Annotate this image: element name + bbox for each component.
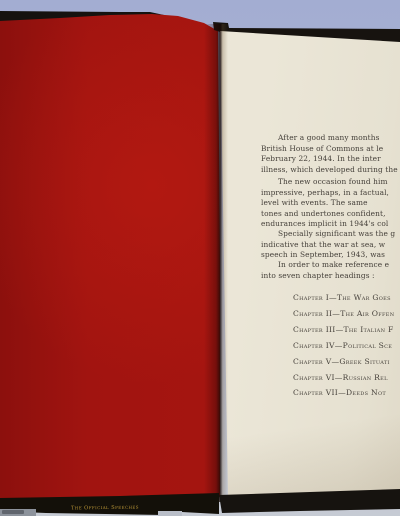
gold-spine-title: The Official Speeches [71,504,139,513]
text-line: into seven chapter headings : [261,271,400,282]
text-line: illness, which developed during the [261,165,400,176]
chapter-heading: Chapter VII—Deeds Not [293,385,400,401]
page-text: After a good many months British House o… [261,0,400,516]
book-photo: The Official Speeches After a good many … [0,0,400,516]
background-bottom-patch [158,511,182,516]
text-line: impressive, perhaps, in a factual, [261,188,400,199]
chapter-heading: Chapter V—Greek Situati [293,354,400,370]
chapter-heading: Chapter IV—Political Sce [293,338,400,354]
chapter-heading: Chapter VI—Russian Rel [293,370,400,386]
text-line: indicative that the war at sea, w [261,240,400,251]
text-line: February 22, 1944. In the inter [261,154,400,165]
chapter-heading: Chapter II—The Air Offen [293,306,400,322]
text-line: tones and undertones confident, [261,209,400,220]
background-corner-smudge [2,510,24,514]
text-line: The new occasion found him [261,177,400,188]
text-line: Specially significant was the g [261,229,400,240]
paragraph: In order to make reference e into seven … [261,260,400,281]
chapter-list: Chapter I—The War Goes Chapter II—The Ai… [293,290,400,401]
text-line: In order to make reference e [261,260,400,271]
paragraph: Specially significant was the g indicati… [261,229,400,261]
text-line: level with events. The same [261,198,400,209]
text-line: British House of Commons at le [261,144,400,155]
book-gutter-shadow [204,24,228,502]
chapter-heading: Chapter I—The War Goes [293,290,400,306]
text-line: After a good many months [261,133,400,144]
paragraph: The new occasion found him impressive, p… [261,177,400,230]
chapter-heading: Chapter III—The Italian F [293,322,400,338]
paragraph: After a good many months British House o… [261,133,400,175]
